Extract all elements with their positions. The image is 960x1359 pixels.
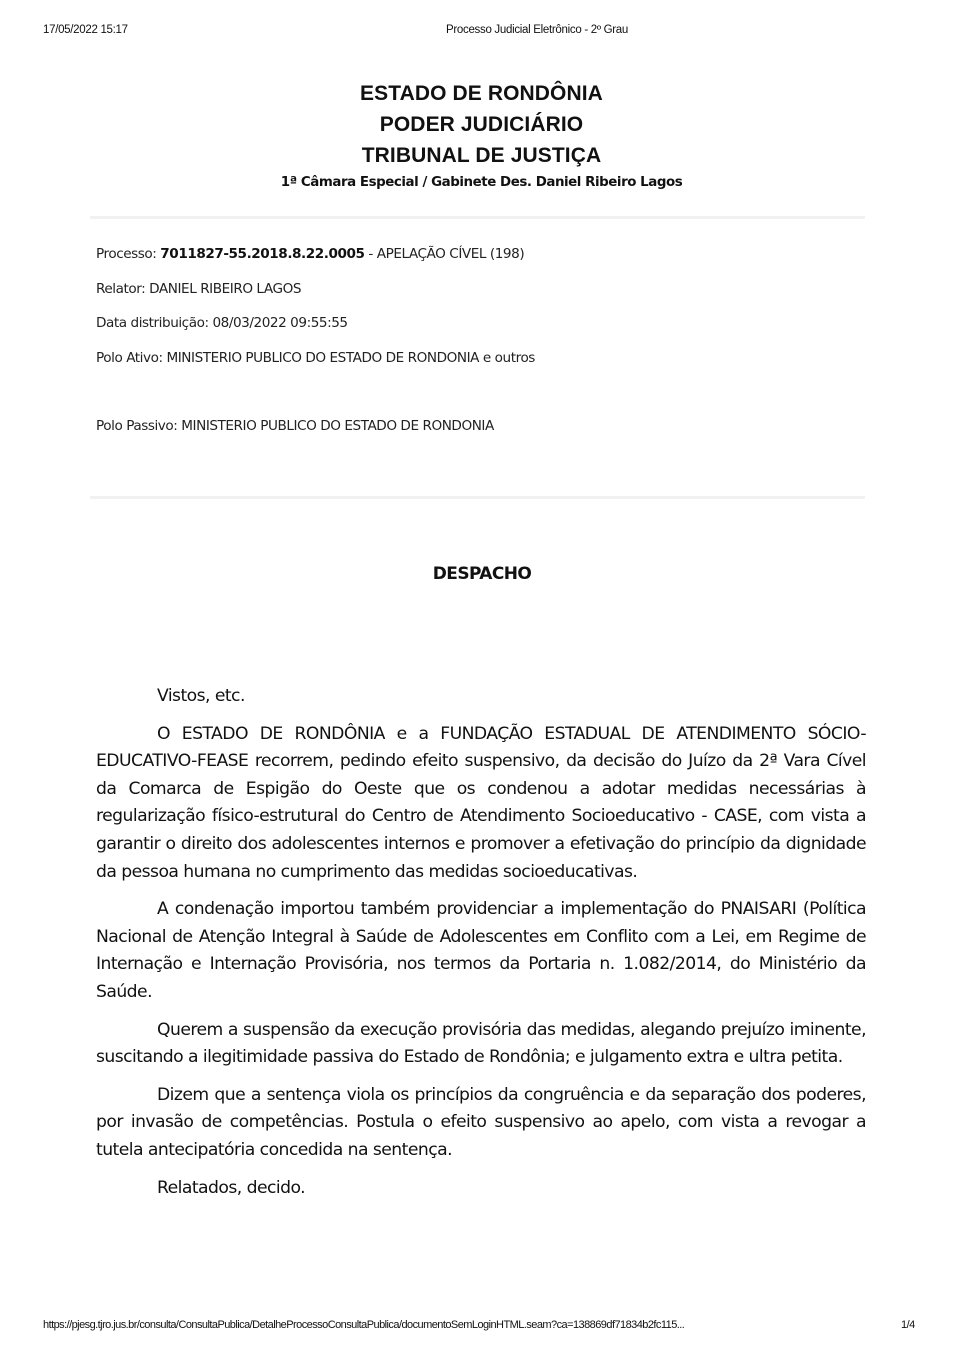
active-party-row: Polo Ativo: MINISTERIO PUBLICO DO ESTADO…	[96, 348, 876, 368]
process-number-row: Processo: 7011827-55.2018.8.22.0005 - AP…	[96, 244, 876, 264]
print-datetime: 17/05/2022 15:17	[43, 24, 128, 36]
print-header: 17/05/2022 15:17 Processo Judicial Eletr…	[0, 24, 960, 40]
court-name: TRIBUNAL DE JUSTIÇA	[0, 140, 960, 171]
passive-party-row: Polo Passivo: MINISTERIO PUBLICO DO ESTA…	[96, 416, 876, 436]
paragraph: O ESTADO DE RONDÔNIA e a FUNDAÇÃO ESTADU…	[96, 721, 866, 887]
paragraph: Vistos, etc.	[96, 683, 866, 711]
paragraph: Relatados, decido.	[96, 1175, 866, 1203]
chamber-office: 1ª Câmara Especial / Gabinete Des. Danie…	[0, 172, 960, 194]
relator-row: Relator: DANIEL RIBEIRO LAGOS	[96, 279, 876, 299]
court-header: ESTADO DE RONDÔNIA PODER JUDICIÁRIO TRIB…	[0, 78, 960, 194]
header-divider	[90, 216, 865, 219]
document-body: Vistos, etc. O ESTADO DE RONDÔNIA e a FU…	[96, 683, 866, 1212]
info-divider	[90, 496, 865, 499]
print-page-title: Processo Judicial Eletrônico - 2º Grau	[446, 24, 628, 36]
state-name: ESTADO DE RONDÔNIA	[0, 78, 960, 109]
print-page-number: 1/4	[901, 1319, 915, 1331]
paragraph: Dizem que a sentença viola os princípios…	[96, 1082, 866, 1165]
paragraph: Querem a suspensão da execução provisóri…	[96, 1017, 866, 1072]
process-label: Processo:	[96, 246, 160, 262]
process-number: 7011827-55.2018.8.22.0005	[160, 246, 364, 262]
print-source-url: https://pjesg.tjro.jus.br/consulta/Consu…	[43, 1319, 684, 1331]
document-title: DESPACHO	[0, 564, 960, 584]
paragraph: A condenação importou também providencia…	[96, 896, 866, 1006]
distribution-date-row: Data distribuição: 08/03/2022 09:55:55	[96, 313, 876, 333]
print-footer: https://pjesg.tjro.jus.br/consulta/Consu…	[0, 1319, 960, 1335]
judiciary-name: PODER JUDICIÁRIO	[0, 109, 960, 140]
process-info: Processo: 7011827-55.2018.8.22.0005 - AP…	[96, 244, 876, 450]
process-class: - APELAÇÃO CÍVEL (198)	[365, 246, 525, 262]
